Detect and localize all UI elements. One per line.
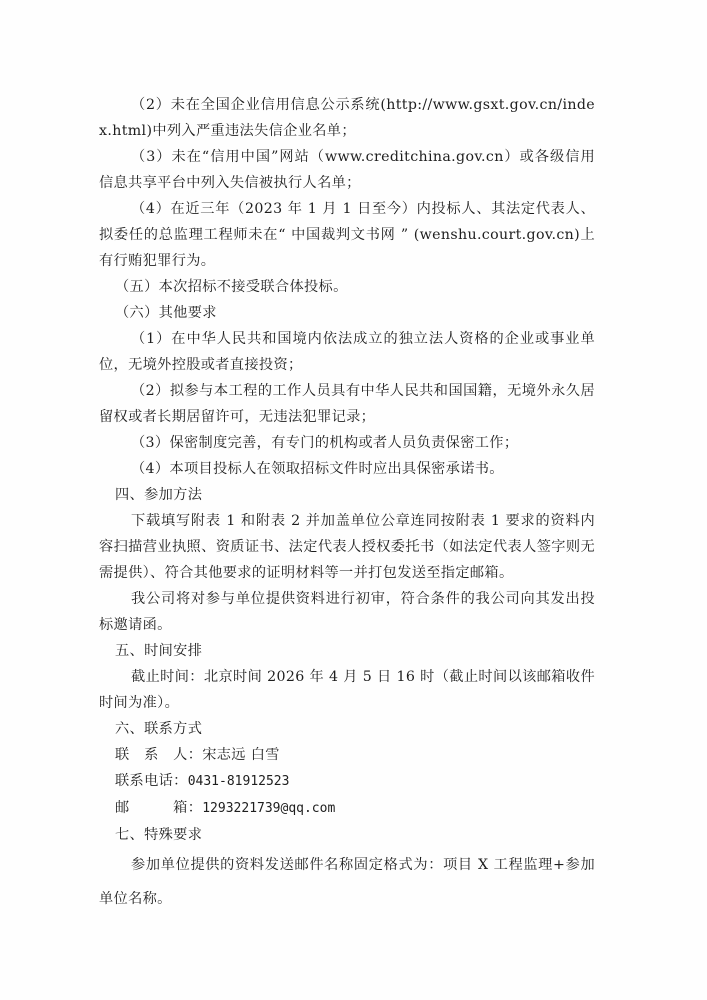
special-requirement-paragraph: 参加单位提供的资料发送邮件名称固定格式为：项目 X 工程监理+参加单位名称。 [99, 848, 595, 916]
section-4-heading: 四、参加方法 [99, 482, 595, 508]
document-body: （2）未在全国企业信用信息公示系统(http://www.gsxt.gov.cn… [99, 92, 595, 916]
requirement-2: （2）未在全国企业信用信息公示系统(http://www.gsxt.gov.cn… [99, 92, 595, 144]
contact-person-label: 联 系 人： [115, 747, 202, 763]
deadline-paragraph: 截止时间：北京时间 2026 年 4 月 5 日 16 时（截止时间以该邮箱收件… [99, 664, 595, 716]
section-4-paragraph-1: 下载填写附表 1 和附表 2 并加盖单位公章连同按附表 1 要求的资料内容扫描营… [99, 508, 595, 586]
contact-phone-row: 联系电话：0431-81912523 [99, 768, 595, 795]
other-requirement-1: （1）在中华人民共和国境内依法成立的独立法人资格的企业或事业单位，无境外控股或者… [99, 326, 595, 378]
section-6-heading: 六、联系方式 [99, 716, 595, 742]
other-requirement-4: （4）本项目投标人在领取招标文件时应出具保密承诺书。 [99, 456, 595, 482]
document-page: （2）未在全国企业信用信息公示系统(http://www.gsxt.gov.cn… [0, 0, 707, 1000]
other-requirement-3: （3）保密制度完善，有专门的机构或者人员负责保密工作； [99, 430, 595, 456]
contact-email-row: 邮 箱：1293221739@qq.com [99, 795, 595, 822]
contact-phone-label: 联系电话： [115, 773, 188, 789]
contact-person-value: 宋志远 白雪 [202, 747, 280, 763]
item-6-other-requirements-heading: （六）其他要求 [99, 300, 595, 326]
item-5-no-consortium: （五）本次招标不接受联合体投标。 [99, 274, 595, 300]
contact-email-value: 1293221739@qq.com [202, 801, 335, 816]
other-requirement-2: （2）拟参与本工程的工作人员具有中华人民共和国国籍，无境外永久居留权或者长期居留… [99, 378, 595, 430]
contact-email-label: 邮 箱： [115, 800, 202, 816]
requirement-4: （4）在近三年（2023 年 1 月 1 日至今）内投标人、其法定代表人、拟委任… [99, 196, 595, 274]
section-5-heading: 五、时间安排 [99, 638, 595, 664]
contact-phone-value: 0431-81912523 [188, 774, 290, 789]
contact-person-row: 联 系 人：宋志远 白雪 [99, 742, 595, 768]
section-4-paragraph-2: 我公司将对参与单位提供资料进行初审，符合条件的我公司向其发出投标邀请函。 [99, 586, 595, 638]
requirement-3: （3）未在“信用中国”网站（www.creditchina.gov.cn）或各级… [99, 144, 595, 196]
section-7-heading: 七、特殊要求 [99, 822, 595, 848]
